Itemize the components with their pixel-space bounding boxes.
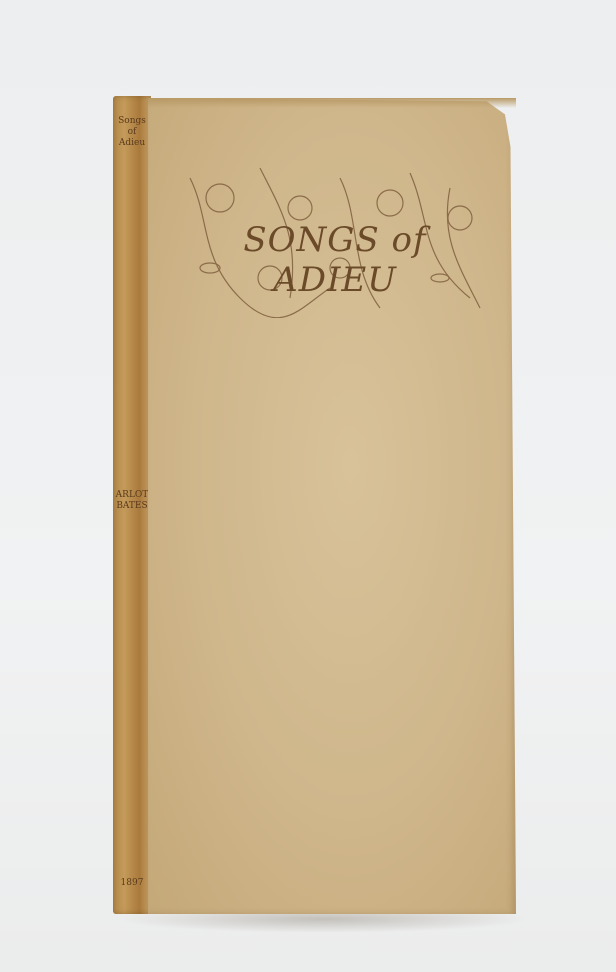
cover-title: SONGS of ADIEU xyxy=(180,220,490,300)
spine-title-line: Adieu xyxy=(113,138,151,149)
spine-title: Songs of Adieu xyxy=(113,116,151,149)
spine-year: 1897 xyxy=(113,878,151,889)
cover-top-edge xyxy=(148,98,516,108)
spine-author-line: ARLOT xyxy=(113,490,151,501)
spine-author-line: BATES xyxy=(113,501,151,512)
book-spine: Songs of Adieu ARLOT BATES 1897 xyxy=(113,96,151,914)
spine-title-line: Songs xyxy=(113,116,151,127)
spine-author: ARLOT BATES xyxy=(113,490,151,512)
spine-title-line: of xyxy=(113,127,151,138)
cover-title-area: SONGS of ADIEU xyxy=(180,158,490,318)
